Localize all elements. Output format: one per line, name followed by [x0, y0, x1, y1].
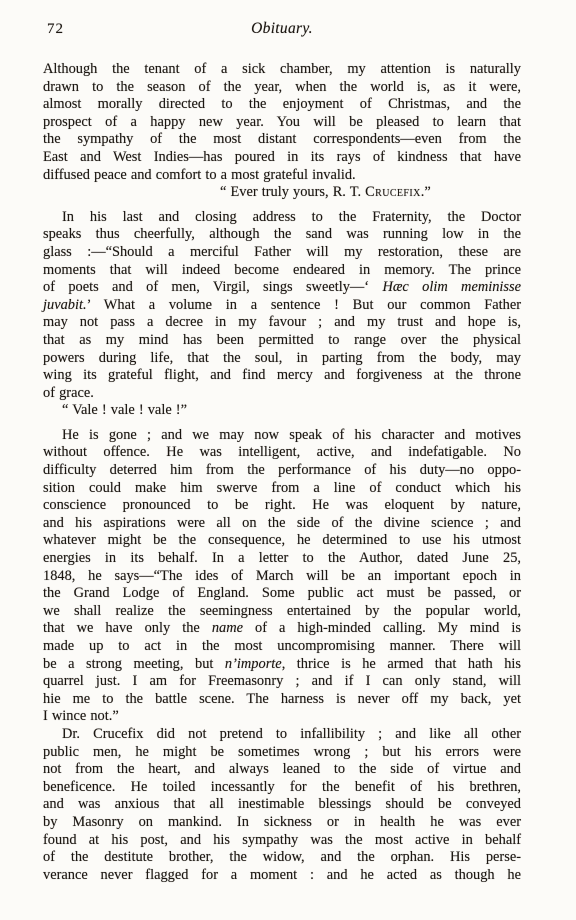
text-segment: difficulty deterred him from the perform…: [43, 462, 521, 478]
book-page: 72 Obituary. Although the tenant of a si…: [0, 0, 576, 920]
text-line: whatever might be the consequence, he de…: [43, 532, 521, 550]
text-segment: the sympathy of the most distant corresp…: [43, 131, 521, 147]
text-line: the sympathy of the most distant corresp…: [43, 131, 521, 149]
text-line: Dr. Crucefix did not pretend to infallib…: [43, 726, 521, 744]
paragraph-letter-close: Although the tenant of a sick chamber, m…: [43, 61, 521, 184]
running-title: Obituary.: [251, 20, 313, 38]
text-line: difficulty deterred him from the perform…: [43, 462, 521, 480]
text-segment: prospect of a happy new year. You will b…: [43, 114, 521, 130]
text-segment: of poets and of men, Virgil, sings sweet…: [43, 279, 382, 295]
text-segment: speaks thus cheerfully, although the san…: [43, 226, 521, 242]
text-segment: we shall realize the seemingness enterta…: [43, 603, 521, 619]
text-line: of poets and of men, Virgil, sings sweet…: [43, 279, 521, 297]
text-line: East and West Indies—has poured in its r…: [43, 149, 521, 167]
text-segment: of grace.: [43, 385, 94, 401]
text-block: Although the tenant of a sick chamber, m…: [43, 61, 521, 884]
text-line: “ Vale ! vale ! vale !”: [43, 402, 521, 420]
text-line: of the destitute brother, the widow, and…: [43, 849, 521, 867]
text-segment: almost morally directed to the enjoyment…: [43, 96, 521, 112]
text-segment-italic: n’importe: [225, 656, 282, 672]
vale-line: “ Vale ! vale ! vale !”: [43, 402, 521, 420]
text-line: and his aspirations were all on the side…: [43, 515, 521, 533]
text-segment: and his aspirations were all on the side…: [43, 515, 521, 531]
text-line: of grace.: [43, 385, 521, 403]
text-segment: diffused peace and comfort to a most gra…: [43, 167, 356, 183]
text-line: that as my mind has been permitted to ra…: [43, 332, 521, 350]
text-line: almost morally directed to the enjoyment…: [43, 96, 521, 114]
text-segment: hie me to the battle scene. The harness …: [43, 691, 521, 707]
text-segment: I wince not.”: [43, 708, 119, 724]
text-line: may not pass a decree in my favour ; and…: [43, 314, 521, 332]
text-segment: powers during life, that the soul, in pa…: [43, 350, 521, 366]
text-segment: East and West Indies—has poured in its r…: [43, 149, 521, 165]
text-line: powers during life, that the soul, in pa…: [43, 350, 521, 368]
text-line: that we have only the name of a high-min…: [43, 620, 521, 638]
text-segment: energies in its behalf. In a letter to t…: [43, 550, 521, 566]
text-segment: be a strong meeting, but: [43, 656, 225, 672]
text-segment-italic: Hæc olim meminisse: [382, 279, 521, 295]
text-segment: drawn to the season of the year, when th…: [43, 79, 521, 95]
text-segment: beneficence. He toiled incessantly for t…: [43, 779, 521, 795]
page-header: 72 Obituary.: [43, 20, 521, 40]
text-line: “ Ever truly yours, R. T. Crucefix.”: [43, 184, 521, 202]
text-segment: “ Vale ! vale ! vale !”: [62, 402, 187, 418]
text-segment: conscience pronounced to be right. He wa…: [43, 497, 521, 513]
text-segment: quarrel just. I am for Freemasonry ; and…: [43, 673, 521, 689]
text-segment: whatever might be the consequence, he de…: [43, 532, 521, 548]
text-line: without offence. He was intelligent, act…: [43, 444, 521, 462]
text-line: moments that will indeed become endeared…: [43, 262, 521, 280]
text-line: be a strong meeting, but n’importe, thri…: [43, 656, 521, 674]
text-line: and was anxious that all inestimable ble…: [43, 796, 521, 814]
paragraph-last-address: In his last and closing address to the F…: [43, 209, 521, 403]
text-segment: 1848, he says—“The ides of March will be…: [43, 568, 521, 584]
text-line: hie me to the battle scene. The harness …: [43, 691, 521, 709]
text-line: drawn to the season of the year, when th…: [43, 79, 521, 97]
text-line: 1848, he says—“The ides of March will be…: [43, 568, 521, 586]
text-line: wing its grateful flight, and find mercy…: [43, 367, 521, 385]
text-segment: the Grand Lodge of England. Some public …: [43, 585, 521, 601]
text-line: the Grand Lodge of England. Some public …: [43, 585, 521, 603]
text-segment: ’ What a volume in a sentence ! But our …: [87, 297, 521, 313]
text-segment: In his last and closing address to the F…: [62, 209, 521, 225]
paragraph-character: He is gone ; and we may now speak of his…: [43, 427, 521, 726]
text-segment: and was anxious that all inestimable ble…: [43, 796, 521, 812]
text-line: quarrel just. I am for Freemasonry ; and…: [43, 673, 521, 691]
text-line: diffused peace and comfort to a most gra…: [43, 167, 521, 185]
text-segment: by Masonry on mankind. In sickness or in…: [43, 814, 521, 830]
text-line: He is gone ; and we may now speak of his…: [43, 427, 521, 445]
text-segment: of a high-minded calling. My mind is: [243, 620, 521, 636]
text-line: glass :—“Should a merciful Father will m…: [43, 244, 521, 262]
text-segment: wing its grateful flight, and find mercy…: [43, 367, 521, 383]
text-line: energies in its behalf. In a letter to t…: [43, 550, 521, 568]
text-segment-italic: juvabit.: [43, 297, 87, 313]
paragraph-infallibility: Dr. Crucefix did not pretend to infallib…: [43, 726, 521, 884]
text-segment: , thrice is he armed that hath his: [282, 656, 521, 672]
text-segment: Although the tenant of a sick chamber, m…: [43, 61, 521, 77]
text-segment: Dr. Crucefix did not pretend to infallib…: [62, 726, 521, 742]
text-segment: made up to act in the most uncompromisin…: [43, 638, 521, 654]
text-line: speaks thus cheerfully, although the san…: [43, 226, 521, 244]
text-line: not from the heart, and always leaned to…: [43, 761, 521, 779]
text-segment-italic: name: [212, 620, 243, 636]
text-segment: that as my mind has been permitted to ra…: [43, 332, 521, 348]
text-line: found at his post, and his sympathy was …: [43, 832, 521, 850]
text-line: juvabit.’ What a volume in a sentence ! …: [43, 297, 521, 315]
text-segment: glass :—“Should a merciful Father will m…: [43, 244, 521, 260]
text-line: made up to act in the most uncompromisin…: [43, 638, 521, 656]
text-line: In his last and closing address to the F…: [43, 209, 521, 227]
text-line: we shall realize the seemingness enterta…: [43, 603, 521, 621]
text-segment: public men, he might be sometimes wrong …: [43, 744, 521, 760]
text-segment: not from the heart, and always leaned to…: [43, 761, 521, 777]
letter-signature: “ Ever truly yours, R. T. Crucefix.”: [43, 184, 521, 202]
text-line: verance never flagged for a moment : and…: [43, 867, 521, 885]
text-line: prospect of a happy new year. You will b…: [43, 114, 521, 132]
text-line: Although the tenant of a sick chamber, m…: [43, 61, 521, 79]
text-line: I wince not.”: [43, 708, 521, 726]
text-line: public men, he might be sometimes wrong …: [43, 744, 521, 762]
text-segment: verance never flagged for a moment : and…: [43, 867, 521, 883]
text-segment: moments that will indeed become endeared…: [43, 262, 521, 278]
text-segment: that we have only the: [43, 620, 212, 636]
text-segment: without offence. He was intelligent, act…: [43, 444, 521, 460]
text-line: sition could make him swerve from a line…: [43, 480, 521, 498]
text-segment: He is gone ; and we may now speak of his…: [62, 427, 521, 443]
text-segment-smallcaps: Crucefix: [365, 184, 421, 200]
text-segment: .”: [421, 184, 431, 200]
text-segment: may not pass a decree in my favour ; and…: [43, 314, 521, 330]
text-line: by Masonry on mankind. In sickness or in…: [43, 814, 521, 832]
text-segment: “ Ever truly yours, R. T.: [220, 184, 365, 200]
text-segment: sition could make him swerve from a line…: [43, 480, 521, 496]
text-segment: of the destitute brother, the widow, and…: [43, 849, 521, 865]
text-line: conscience pronounced to be right. He wa…: [43, 497, 521, 515]
page-number: 72: [47, 21, 64, 38]
text-segment: found at his post, and his sympathy was …: [43, 832, 521, 848]
text-line: beneficence. He toiled incessantly for t…: [43, 779, 521, 797]
